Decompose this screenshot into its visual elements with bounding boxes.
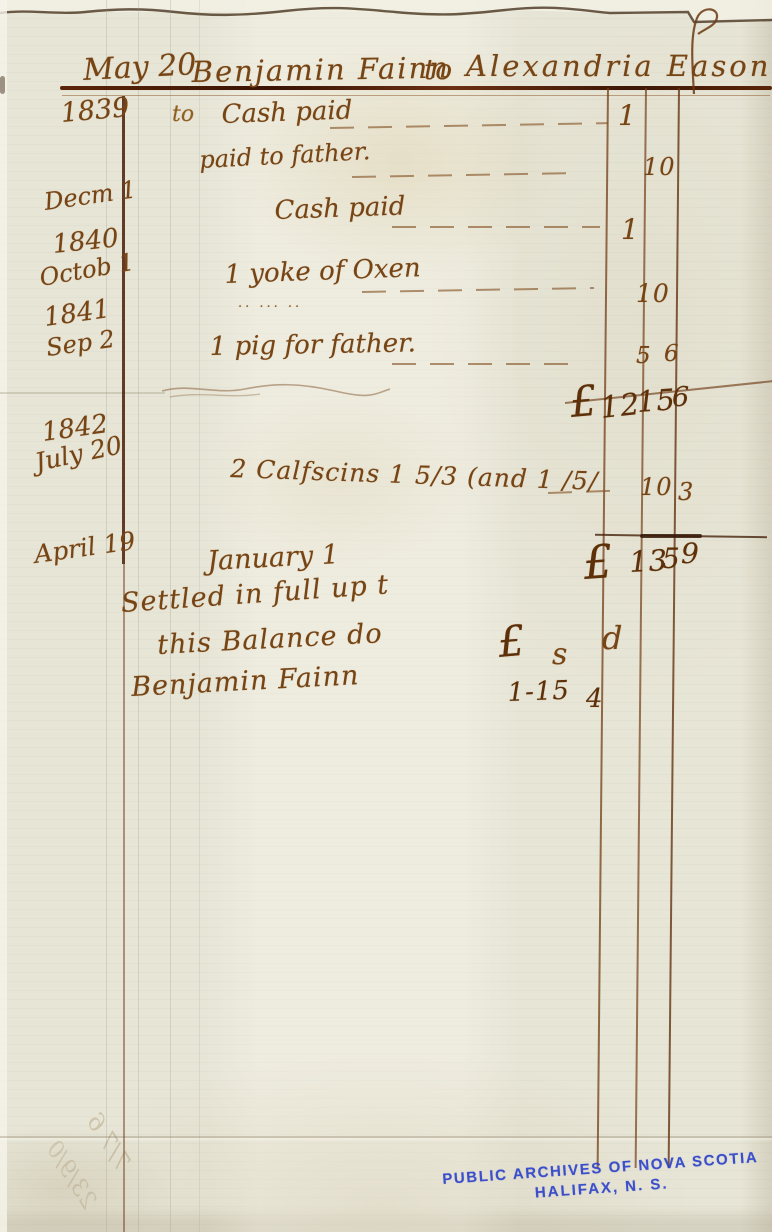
header-creditor-name: Alexandria Eason bbox=[466, 52, 771, 81]
crease-left bbox=[0, 392, 165, 394]
settlement-amount: 1-15 bbox=[507, 678, 570, 706]
header-rule-thin bbox=[62, 95, 770, 96]
amount-shillings: 10 bbox=[640, 475, 673, 499]
total-shillings: 5 bbox=[662, 545, 681, 573]
paper-chain-line bbox=[199, 0, 200, 1232]
money-column-line-3 bbox=[668, 88, 681, 1168]
bleedthrough-numbers: 23/9/0 bbox=[40, 1137, 101, 1214]
ditto-marks: .. ... .. bbox=[238, 297, 302, 310]
header-debtor-name: Benjamin Fainn bbox=[191, 53, 450, 87]
total-currency: £ bbox=[568, 380, 598, 424]
header-date: May 20 bbox=[82, 50, 197, 86]
settlement-amount-pence: 4 bbox=[586, 686, 604, 712]
settlement-col-shillings: s bbox=[552, 640, 567, 670]
amount-pounds: 1 bbox=[618, 102, 637, 130]
amount-shillings: 10 bbox=[636, 281, 670, 306]
ink-dash bbox=[330, 122, 608, 128]
total-pence: 9 bbox=[681, 540, 700, 568]
entry-desc: 1 pig for father. bbox=[210, 330, 417, 360]
settlement-col-pounds: £ bbox=[496, 620, 526, 664]
entry-prefix: to bbox=[172, 104, 194, 126]
left-edge-highlight bbox=[0, 0, 7, 1232]
amount-pounds: 1 bbox=[621, 216, 640, 244]
entry-desc: 1 yoke of Oxen bbox=[224, 255, 421, 288]
date-column-divider-lower bbox=[123, 564, 125, 1232]
money-column-line-2 bbox=[635, 88, 647, 1168]
entry-desc: January 1 bbox=[207, 541, 340, 575]
settlement-line2: this Balance do bbox=[157, 620, 384, 659]
ink-dash bbox=[392, 363, 574, 365]
total-currency: £ bbox=[582, 538, 614, 586]
document-page: May 20 Benjamin Fainn to Alexandria Easo… bbox=[0, 0, 772, 1232]
amount-pence: 3 bbox=[678, 480, 694, 504]
settlement-line1: Settled in full up t bbox=[120, 571, 390, 617]
amount-shillings: 5 bbox=[636, 345, 652, 368]
ink-dash bbox=[352, 172, 580, 178]
entry-year: 1839 bbox=[60, 94, 131, 127]
entry-desc: Cash paid bbox=[274, 193, 406, 224]
amount-pence: 6 bbox=[664, 343, 680, 366]
settlement-signature: Benjamin Fainn bbox=[131, 662, 360, 701]
total-pence: 6 bbox=[672, 384, 690, 411]
entry-desc: 2 Calfscins 1 5/3 (and 1 /5/ bbox=[230, 456, 599, 494]
paper-chain-line bbox=[170, 0, 171, 1232]
ink-dash bbox=[392, 226, 600, 228]
ink-dash bbox=[362, 287, 594, 293]
settlement-col-pence: d bbox=[602, 622, 622, 654]
bleedthrough-numbers: 7/7 6 bbox=[81, 1108, 137, 1175]
total-shillings: 15 bbox=[636, 385, 677, 417]
torn-top-edge bbox=[0, 0, 772, 26]
amount-shillings: 10 bbox=[643, 155, 676, 179]
entry-desc: Cash paid bbox=[221, 97, 353, 128]
date-column-divider bbox=[122, 96, 125, 564]
header-rule-thick bbox=[60, 86, 772, 90]
ink-squiggle bbox=[160, 378, 392, 402]
edge-mark bbox=[0, 76, 5, 94]
entry-desc: paid to father. bbox=[199, 139, 371, 172]
archive-stamp: PUBLIC ARCHIVES OF NOVA SCOTIA HALIFAX, … bbox=[435, 1149, 767, 1209]
header-to: to bbox=[424, 56, 452, 84]
